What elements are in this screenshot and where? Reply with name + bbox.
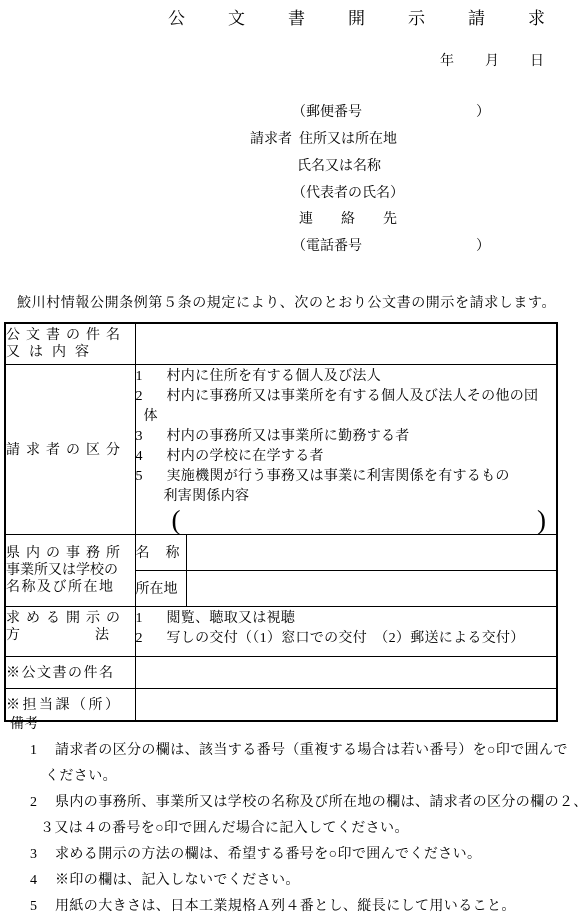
row-subject: 公文書の件名 又は内容 bbox=[5, 323, 557, 364]
phone-line: （電話番号 ） bbox=[292, 239, 490, 254]
remark-2-number: 2 bbox=[30, 790, 55, 816]
method-option-1-number: 1 bbox=[136, 611, 167, 627]
remark-1-number: 1 bbox=[30, 738, 55, 764]
subject-value-cell bbox=[135, 323, 557, 364]
category-option-2-text: 村内に事務所又は事業所を有する個人及び法人その他の団 bbox=[167, 389, 539, 404]
remark-2: 2県内の事務所、事業所又は学校の名称及び所在地の欄は、請求者の区分の欄の２、 bbox=[10, 790, 575, 816]
office-label-line3: 名称及び所在地 bbox=[6, 579, 135, 596]
office-label-line2: 事業所又は学校の bbox=[6, 562, 135, 579]
close-paren: ) bbox=[537, 506, 546, 534]
method-label-line1: 求める開示の bbox=[6, 610, 135, 627]
remark-1-text: 請求者の区分の欄は、該当する番号（重複する場合は若い番号）を○印で囲んで bbox=[55, 743, 568, 758]
remark-1: 1請求者の区分の欄は、該当する番号（重複する場合は若い番号）を○印で囲んで bbox=[10, 738, 575, 764]
category-option-1-number: 1 bbox=[136, 369, 167, 385]
category-option-5-number: 5 bbox=[136, 469, 167, 485]
subject-label-line1: 公文書の件名 bbox=[6, 327, 135, 344]
category-label: 請求者の区分 bbox=[6, 443, 126, 458]
office-name-label-cell: 名称 bbox=[135, 534, 186, 570]
remark-3-text: 求める開示の方法の欄は、希望する番号を○印で囲んでください。 bbox=[55, 847, 481, 862]
method-option-2-text: 写しの交付（（1）窓口での交付 （2）郵送による交付） bbox=[167, 631, 525, 646]
office-name-value-cell bbox=[186, 534, 557, 570]
category-option-4-number: 4 bbox=[136, 449, 167, 465]
remark-4: 4※印の欄は、記入しないでください。 bbox=[10, 868, 575, 894]
requester-line: 請求者 住所又は所在地 bbox=[250, 132, 397, 147]
category-header-cell: 請求者の区分 bbox=[5, 364, 135, 534]
category-content-cell: 1村内に住所を有する個人及び法人 2村内に事務所又は事業所を有する個人及び法人そ… bbox=[135, 364, 557, 534]
row-doc-title: ※公文書の件名 bbox=[5, 656, 557, 688]
office-address-value-cell bbox=[186, 570, 557, 606]
day-label: 日 bbox=[530, 54, 544, 69]
remark-4-number: 4 bbox=[30, 868, 55, 894]
date-line: 年 月 日 bbox=[440, 54, 544, 69]
section-label: ※担当課（所） bbox=[6, 698, 122, 713]
postal-code-label: （郵便番号 bbox=[292, 105, 362, 120]
remark-5-text: 用紙の大きさは、日本工業規格Ａ列４番とし、縦長にして用いること。 bbox=[55, 899, 516, 913]
method-option-1: 1閲覧、聴取又は視聴 bbox=[136, 607, 557, 627]
category-option-4-text: 村内の学校に在学する者 bbox=[167, 449, 324, 464]
category-option-1: 1村内に住所を有する個人及び法人 bbox=[136, 365, 557, 385]
doc-title-value-cell bbox=[135, 656, 557, 688]
request-form-table: 公文書の件名 又は内容 請求者の区分 1村内に住所を有する個人及び法人 2村内に… bbox=[4, 322, 558, 722]
row-office-name: 県内の事務所 事業所又は学校の 名称及び所在地 名称 bbox=[5, 534, 557, 570]
remark-5-number: 5 bbox=[30, 894, 55, 913]
category-option-2-number: 2 bbox=[136, 389, 167, 405]
requester-label: 請求者 bbox=[250, 132, 292, 147]
remark-3-number: 3 bbox=[30, 842, 55, 868]
office-address-label-cell: 所在地 bbox=[135, 570, 186, 606]
doc-title-label: ※公文書の件名 bbox=[6, 666, 115, 681]
name-label: 氏名又は名称 bbox=[297, 159, 381, 174]
method-content-cell: 1閲覧、聴取又は視聴 2写しの交付（（1）窓口での交付 （2）郵送による交付） bbox=[135, 606, 557, 656]
remark-5: 5用紙の大きさは、日本工業規格Ａ列４番とし、縦長にして用いること。 bbox=[10, 894, 575, 913]
remark-2-text: 県内の事務所、事業所又は学校の名称及び所在地の欄は、請求者の区分の欄の２、 bbox=[55, 795, 581, 810]
row-method: 求める開示の 方法 1閲覧、聴取又は視聴 2写しの交付（（1）窓口での交付 （2… bbox=[5, 606, 557, 656]
remark-1-continuation: ください。 bbox=[45, 764, 575, 790]
category-option-5-text: 実施機関が行う事務又は事業に利害関係を有するもの bbox=[167, 469, 510, 484]
subject-label-line2: 又は内容 bbox=[6, 344, 135, 361]
representative-label: （代表者の氏名） bbox=[292, 186, 404, 201]
office-header-cell: 県内の事務所 事業所又は学校の 名称及び所在地 bbox=[5, 534, 135, 606]
remark-4-text: ※印の欄は、記入しないでください。 bbox=[55, 873, 300, 888]
contact-label: 連絡先 bbox=[299, 212, 425, 227]
office-name-label: 名称 bbox=[136, 546, 187, 561]
remark-2-continuation: ３又は４の番号を○印で囲んだ場合に記入してください。 bbox=[40, 816, 575, 842]
postal-close-paren: ） bbox=[476, 105, 490, 120]
phone-label: （電話番号 bbox=[292, 239, 362, 254]
category-option-5: 5実施機関が行う事務又は事業に利害関係を有するもの bbox=[136, 465, 557, 485]
office-address-label: 所在地 bbox=[136, 582, 178, 597]
year-label: 年 bbox=[440, 54, 454, 69]
office-label-line1: 県内の事務所 bbox=[6, 545, 135, 562]
remarks-section: 備考 1請求者の区分の欄は、該当する番号（重複する場合は若い番号）を○印で囲んで… bbox=[10, 712, 575, 913]
request-form-page: 公 文 書 開 示 請 求 書 年 月 日 （郵便番号 ） 請求者 住所又は所在… bbox=[0, 0, 581, 913]
intro-sentence: 鮫川村情報公開条例第５条の規定により、次のとおり公文書の開示を請求します。 bbox=[17, 292, 556, 312]
category-option-4: 4村内の学校に在学する者 bbox=[136, 445, 557, 465]
page-title: 公 文 書 開 示 請 求 書 bbox=[168, 4, 581, 29]
category-option-2-wrap: 体 bbox=[144, 405, 557, 425]
remarks-heading: 備考 bbox=[10, 712, 575, 738]
method-option-1-text: 閲覧、聴取又は視聴 bbox=[167, 611, 296, 626]
subject-header-cell: 公文書の件名 又は内容 bbox=[5, 323, 135, 364]
interest-detail-label: 利害関係内容 bbox=[164, 485, 557, 505]
remark-3: 3求める開示の方法の欄は、希望する番号を○印で囲んでください。 bbox=[10, 842, 575, 868]
postal-code-line: （郵便番号 ） bbox=[292, 105, 490, 120]
address-label: 住所又は所在地 bbox=[299, 132, 397, 147]
category-option-3: 3村内の事務所又は事業所に勤務する者 bbox=[136, 425, 557, 445]
method-header-cell: 求める開示の 方法 bbox=[5, 606, 135, 656]
month-label: 月 bbox=[485, 54, 499, 69]
open-paren: ( bbox=[172, 506, 181, 534]
method-option-2: 2写しの交付（（1）窓口での交付 （2）郵送による交付） bbox=[136, 627, 557, 647]
row-category: 請求者の区分 1村内に住所を有する個人及び法人 2村内に事務所又は事業所を有する… bbox=[5, 364, 557, 534]
phone-close-paren: ） bbox=[476, 239, 490, 254]
category-option-2: 2村内に事務所又は事業所を有する個人及び法人その他の団 bbox=[136, 385, 557, 405]
method-option-2-number: 2 bbox=[136, 631, 167, 647]
category-option-3-text: 村内の事務所又は事業所に勤務する者 bbox=[167, 429, 410, 444]
method-label-line2: 方法 bbox=[6, 627, 135, 644]
category-option-1-text: 村内に住所を有する個人及び法人 bbox=[167, 369, 382, 384]
interest-detail-parens: ( ) bbox=[172, 506, 547, 534]
doc-title-header-cell: ※公文書の件名 bbox=[5, 656, 135, 688]
category-option-3-number: 3 bbox=[136, 429, 167, 445]
